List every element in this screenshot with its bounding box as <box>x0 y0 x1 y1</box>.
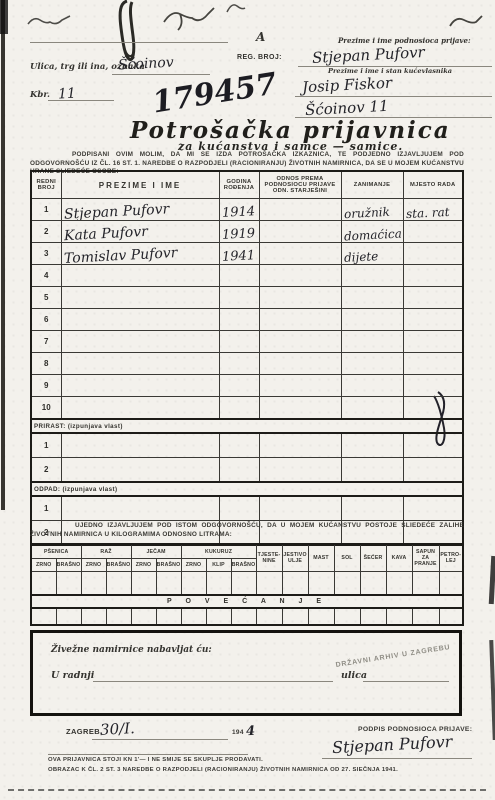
col-sol: SOL <box>334 544 360 572</box>
pencil-scribble-icon <box>160 4 216 32</box>
table-row: 4 <box>31 265 463 287</box>
handwritten-occupation: oružnik <box>343 205 390 221</box>
table-row: 10 <box>31 397 463 420</box>
povecanje-band: P O V E Ć A N J E <box>31 595 463 608</box>
signature-line <box>322 758 472 759</box>
landlord-address: Šćoinov 11 <box>305 97 389 119</box>
row-number: 1 <box>31 199 61 221</box>
archive-stamp: DRŽAVNI ARHIV U ZAGREBU <box>335 644 451 669</box>
persons-table: REDNI BROJ PREZIME I IME GODINA ROĐENJA … <box>30 170 464 546</box>
supplies-value-row <box>31 572 463 596</box>
table-row: 8 <box>31 353 463 375</box>
col-sapun: SAPUN ZA PRANJE <box>412 544 439 572</box>
row-number: 2 <box>31 221 61 243</box>
table-row: 5 <box>31 287 463 309</box>
scan-tear-line <box>8 789 486 791</box>
u-radnji-label: U radnji <box>51 670 94 681</box>
pencil-scribble-icon <box>26 12 72 30</box>
relation-cell <box>259 243 341 265</box>
handwritten-year-digit: 4 <box>246 724 256 739</box>
table-row: 3 Tomislav Pufovr 1941 dijete <box>31 243 463 265</box>
col-header-godina: GODINA ROĐENJA <box>219 171 259 199</box>
col-tjestenine: TJESTE- NINE <box>256 544 282 572</box>
row-number: 10 <box>31 397 61 420</box>
col-header-redni-broj: REDNI BROJ <box>31 171 61 199</box>
corner-letter: A <box>256 30 265 44</box>
table-row: 9 <box>31 375 463 397</box>
street-line <box>112 74 210 75</box>
scanned-form-page: A REG. BROJ: 179457 Ulica, trg ili ina, … <box>0 0 495 800</box>
scan-edge-artifact <box>1 0 5 510</box>
table-row: 1 <box>31 433 463 458</box>
table-row: 2 Kata Pufovr 1919 domaćica <box>31 221 463 243</box>
supplies-value-row <box>31 608 463 625</box>
supplies-group-header-row: PŠENICA RAŽ JEČAM KUKURUZ TJESTE- NINE J… <box>31 544 463 559</box>
date-line <box>92 739 228 740</box>
table-row: 2 <box>31 458 463 483</box>
row-number: 9 <box>31 375 61 397</box>
odpad-band: ODPAD: (izpunjava vlast) <box>31 482 463 496</box>
supplies-intro: UJEDNO IZJAVLJUJEM POD ISTOM ODGOVORNOŠĆ… <box>30 522 464 539</box>
handwritten-year: 1941 <box>221 248 255 264</box>
pencil-scribble-icon <box>225 0 247 16</box>
col-kava: KAVA <box>386 544 412 572</box>
row-number: 6 <box>31 309 61 331</box>
persons-table-header-row: REDNI BROJ PREZIME I IME GODINA ROĐENJA … <box>31 171 463 199</box>
paperclip-mark <box>105 0 150 64</box>
col-mast: MAST <box>308 544 334 572</box>
handwritten-date: 30/I. <box>100 719 136 739</box>
relation-cell <box>259 221 341 243</box>
row-number: 4 <box>31 265 61 287</box>
handwritten-year: 1914 <box>221 204 255 220</box>
scan-edge-artifact <box>489 556 495 604</box>
scan-corner-artifact <box>0 0 8 34</box>
applicant-value: Stjepan Pufovr <box>312 43 426 67</box>
handwritten-name: Tomislav Pufovr <box>63 245 177 264</box>
col-petrolej: PETRO- LEJ <box>439 544 463 572</box>
table-row: 7 <box>31 331 463 353</box>
prirast-band: PRIRAST: (izpunjava vlast) <box>31 419 463 433</box>
col-header-zanimanje: ZANIMANJE <box>341 171 403 199</box>
landlord-value: Josip Fiskor <box>302 74 393 97</box>
pencil-scribble-icon <box>448 12 484 32</box>
row-number: 7 <box>31 331 61 353</box>
handwritten-occupation: dijete <box>343 249 378 264</box>
col-raz: RAŽ <box>81 544 131 559</box>
u-radnji-line <box>93 681 333 682</box>
footnote-divider <box>48 754 248 755</box>
handwritten-name: Stjepan Pufovr <box>63 201 169 220</box>
handwritten-signature: Stjepan Pufovr <box>332 732 453 757</box>
handwritten-year: 1919 <box>221 226 255 242</box>
handwritten-occupation: domaćica <box>343 226 402 242</box>
reg-broj-label: REG. BROJ: <box>237 54 282 61</box>
scan-edge-artifact <box>489 640 495 740</box>
col-secer: ŠEĆER <box>360 544 386 572</box>
purchase-box: Živežne namirnice nabavljat ću: U radnji… <box>30 630 462 716</box>
city-label: ZAGREB, <box>66 727 103 736</box>
ulica-line <box>363 681 449 682</box>
relation-cell <box>259 199 341 221</box>
row-number: 5 <box>31 287 61 309</box>
kbr-value: 11 <box>58 86 77 103</box>
col-jecam: JEČAM <box>131 544 181 559</box>
supplies-table: PŠENICA RAŽ JEČAM KUKURUZ TJESTE- NINE J… <box>30 543 464 626</box>
row-number: 3 <box>31 243 61 265</box>
col-jestivo-ulje: JESTIVO ULJE <box>282 544 308 572</box>
footnote-price: OVA PRIJAVNICA STOJI KN 1'— I NE SMIJE S… <box>48 757 263 763</box>
handwritten-workplace: sta. rat <box>405 205 449 221</box>
col-header-mjesto-rada: MJESTO RADA <box>403 171 463 199</box>
blank-line <box>30 42 228 43</box>
landlord-line <box>295 96 492 97</box>
col-psenica: PŠENICA <box>31 544 81 559</box>
year-printed: 194 <box>232 729 244 736</box>
table-row: 1 <box>31 496 463 521</box>
signature-label: PODPIS PODNOSIOCA PRIJAVE: <box>358 726 472 733</box>
col-kukuruz: KUKURUZ <box>181 544 256 559</box>
table-row: 1 Stjepan Pufovr 1914 oružnik sta. rat <box>31 199 463 221</box>
street-value: Šćoinov <box>118 55 174 74</box>
handwritten-name: Kata Pufovr <box>63 224 148 243</box>
ulica-label: ulica <box>341 670 367 681</box>
purchase-line1: Živežne namirnice nabavljat ću: <box>51 645 212 655</box>
kbr-label: Kbr. <box>30 90 50 100</box>
table-row: 6 <box>31 309 463 331</box>
col-header-odnos: ODNOS PREMA PODNOSIOCU PRIJAVE ODN. STAR… <box>259 171 341 199</box>
col-header-prezime-ime: PREZIME I IME <box>61 171 219 199</box>
row-number: 8 <box>31 353 61 375</box>
footnote-form-ref: OBRAZAC K ČL. 2 ST. 3 NAREDBE O RAZPODJE… <box>48 767 398 773</box>
